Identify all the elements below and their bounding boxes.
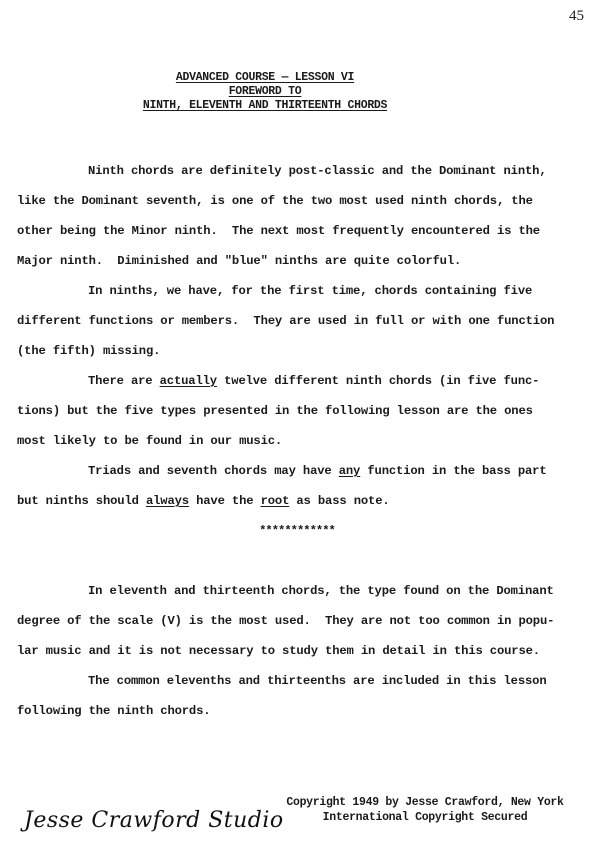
text-line: Major ninth. Diminished and "blue" ninth… [17,246,597,276]
text-line: degree of the scale (V) is the most used… [17,606,597,636]
text-line: lar music and it is not necessary to stu… [17,636,597,666]
lesson-heading: ADVANCED COURSE — LESSON VI FOREWORD TO … [0,71,530,113]
text-line: different functions or members. They are… [17,306,597,336]
paragraph-bass-note: Triads and seventh chords may have any f… [17,456,597,516]
text-span: twelve different ninth chords (in five f… [217,374,539,388]
text-line: like the Dominant seventh, is one of the… [17,186,597,216]
text-line: In ninths, we have, for the first time, … [17,276,597,306]
text-line: There are actually twelve different nint… [17,366,597,396]
heading-topic: NINTH, ELEVENTH AND THIRTEENTH CHORDS [0,99,530,113]
paragraph-included: The common elevenths and thirteenths are… [17,666,597,726]
text-span: as bass note. [289,494,389,508]
paragraph-ninth-chords: Ninth chords are definitely post-classic… [17,156,597,276]
underlined-word: actually [160,374,217,388]
text-line: (the fifth) missing. [17,336,597,366]
underlined-word: any [339,464,361,478]
studio-signature: Jesse Crawford Studio [24,808,284,833]
text-span: but ninths should [17,494,146,508]
heading-course-lesson: ADVANCED COURSE — LESSON VI [0,71,530,85]
paragraph-five-functions: In ninths, we have, for the first time, … [17,276,597,366]
text-line: In eleventh and thirteenth chords, the t… [17,576,597,606]
underlined-word: always [146,494,189,508]
text-line: following the ninth chords. [17,696,597,726]
text-line: Triads and seventh chords may have any f… [17,456,597,486]
paragraph-twelve-chords: There are actually twelve different nint… [17,366,597,456]
text-span: Triads and seventh chords may have [88,464,339,478]
text-span: have the [189,494,261,508]
document-body: Ninth chords are definitely post-classic… [17,156,597,726]
text-span: function in the bass part [360,464,546,478]
copyright-line: Copyright 1949 by Jesse Crawford, New Yo… [270,795,580,810]
text-line: other being the Minor ninth. The next mo… [17,216,597,246]
text-line: tions) but the five types presented in t… [17,396,597,426]
paragraph-eleventh-thirteenth: In eleventh and thirteenth chords, the t… [17,576,597,666]
text-span: There are [88,374,160,388]
section-separator: ************ [17,516,577,546]
page-number: 45 [569,8,584,25]
spacer [17,546,597,576]
text-line: The common elevenths and thirteenths are… [17,666,597,696]
text-line: but ninths should always have the root a… [17,486,597,516]
copyright-secured: International Copyright Secured [270,810,580,825]
text-line: Ninth chords are definitely post-classic… [17,156,597,186]
heading-foreword: FOREWORD TO [0,85,530,99]
text-line: most likely to be found in our music. [17,426,597,456]
copyright-notice: Copyright 1949 by Jesse Crawford, New Yo… [270,795,580,825]
underlined-word: root [261,494,290,508]
